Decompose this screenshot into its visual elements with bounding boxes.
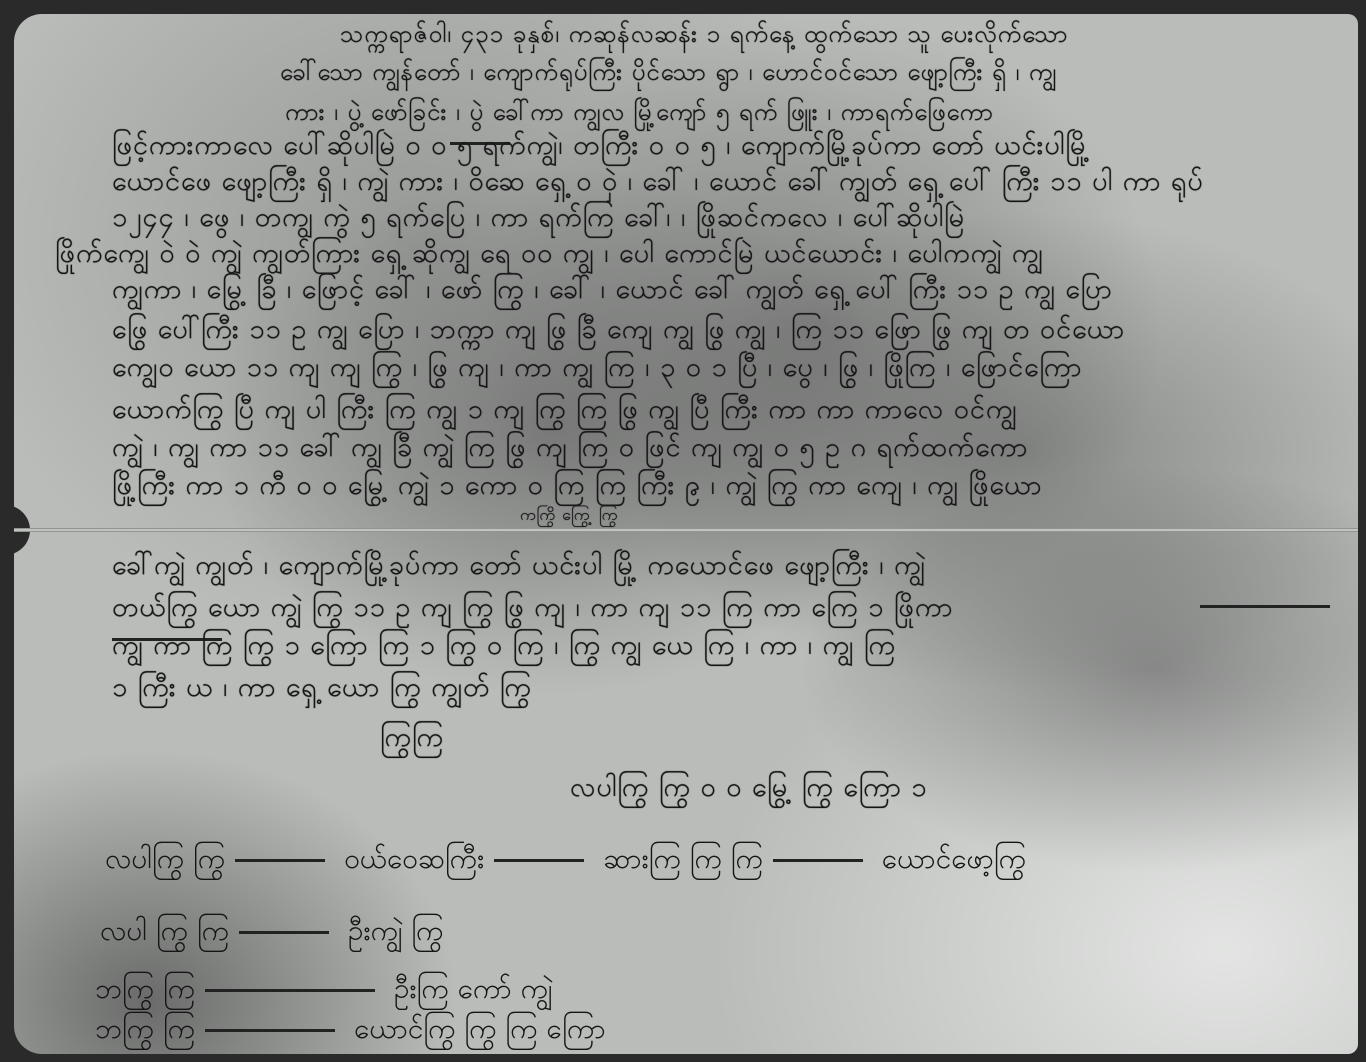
interlinear-note: ကကြွိ ကြွေ့ ကြွ [520,504,618,528]
manuscript-line: သက္ကရာဇ်ဝါ၊ ၄၃၁ ခုနှစ်၊ ကဆုန်လဆန်း ၁ ရက်… [340,18,1068,54]
signature-role: လပါကြွ ကြွ [105,842,225,875]
manuscript-line: ခေါ်သော ကျွန်တော် ၊ ကျောက်ရုပ်ကြီး ပိုင်… [280,56,1057,92]
signature-row: ဘကြွ ကြ ဦးကြ ကော် ကျွဲ [95,970,552,1012]
manuscript-line: ယောင်ဖေ ဖျော့ကြီး ရှိ ၊ ကျွဲ ကား ၊ ဝိဆေ … [112,164,1204,204]
manuscript-line: ခေါ်ကျွဲ ကျွတ် ၊ ကျောက်မြို့ခုပ်ကာ တော် … [112,548,926,588]
signature-name: ဦးကျွဲ ကြွ [348,914,443,947]
signature-name: ဦးကြ ကော် ကျွဲ [394,972,552,1005]
manuscript-line: ကျွေဝ ယော ၁၁ ကျ ကျ ကြွ ၊ ဖြွ ကျ ၊ ကာ ကျွ… [112,350,1082,390]
manuscript-line: ဖြိုက်ကျွေ ၀ဲ ၀ဲ ကျွဲ ကျွတ်ကြား ရှေ့ ဆို… [55,236,1044,276]
manuscript-line: ဖြွေ ပေါ်ကြီး ၁၁ ဥ ကျွ ပြော ၊ ဘက္ကာ ကျ ဖ… [112,312,1125,352]
manuscript-line: ဖြင့်ကားကာလေ ပေါ်ဆိုပါမြဲ ၀ ၀ ၅ ရက်ကျွဲ၊… [112,128,1091,168]
signature-name: ဝယ်ဝေဆကြီး [344,842,484,875]
fold-crease [14,528,1358,532]
signature-row: ဘကြွ ကြ ယောင်ကြွ ကြွ ကြ ကြော [95,1010,606,1052]
signature-role: ဘကြွ ကြ [95,972,195,1005]
manuscript-line: ကျွကာ ၊ မြွေ့ ခြီ ၊ ဖြောင့် ခေါ် ၊ ဖော် … [112,272,1113,312]
manuscript-line: ၁ ကြီး ယ ၊ ကာ ရှေ့ ယော ကြွ ကျွတ် ကြွ [112,670,532,710]
manuscript-line: ကား ၊ ပွဲ့ ဖော်ခြင်း ၊ ပွဲ ခေါ်ကာ ကျွလ မ… [285,96,994,132]
strike-through-mark [1200,605,1330,608]
manuscript-line: ယောက်ကြွ ပြီ ကျ ပါ ကြီး ကြ ကျွ ၁ ကျ ကြွ … [112,392,1018,432]
signature-row: လပါ ကြွ ကြ ဦးကျွဲ ကြွ [100,912,443,954]
closing-line: လပါကြွ ကြွ ၀ ၀ မြွေ့ ကြွ ကြော ၁ [570,770,927,810]
manuscript-line: ကျွဲ ၊ ကျွ ကာ ၁၁ ခေါ် ကျွ ခြီ ကျွဲ ကြ ဖြ… [112,430,1028,470]
signature-row: လပါကြွ ကြွ ဝယ်ဝေဆကြီး ဆားကြ ကြ ကြ ယောင်ဖ… [105,840,1026,882]
manuscript-line: ကျွ ကာ ကြ ကြွ ၁ ကြော ကြ ၁ ကြွ ဝ ကြ ၊ ကြွ… [112,628,896,668]
manuscript-line: တယ်ကြွ ယော ကျွဲ ကြွ ၁၁ ဥ ကျ ကြွ ဖြွ ကျ ၊… [112,590,953,630]
signature-name: ယောင်ဖော့ကြွ [882,842,1026,875]
signature-role: လပါ ကြွ ကြ [100,914,229,947]
signature-name: ဆားကြ ကြ ကြ [603,842,763,875]
manuscript-line: ၁၂၄၄ ၊ ဖွေ ၊ တကျွ ကွဲ ၅ ရက်ပြေ ၊ ကာ ရက်က… [112,200,965,240]
signoff: ကြွကြ [380,720,444,760]
manuscript-line: ဖြို့ကြီး ကာ ၁ ကီ ၀ ၀ မြွေ့ ကျွဲ ၁ ကော ဝ… [112,468,1042,508]
signature-name: ယောင်ကြွ ကြွ ကြ ကြော [354,1012,606,1045]
signature-role: ဘကြွ ကြ [95,1012,195,1045]
